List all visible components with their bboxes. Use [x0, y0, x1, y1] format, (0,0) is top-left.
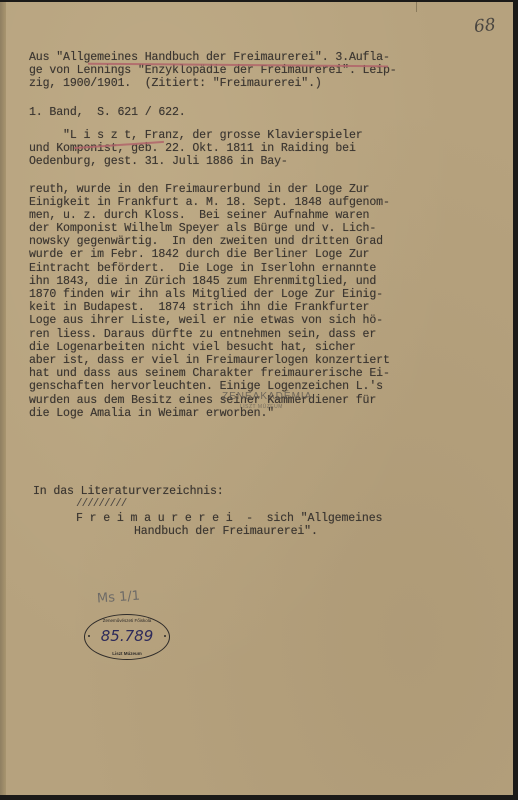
quote-line: aber ist, dass er viel in Freimaurerloge…	[29, 354, 390, 368]
quote-line: die Logenarbeiten nicht viel besucht hat…	[29, 341, 356, 355]
fold-mark	[416, 2, 417, 12]
quote-line: Oedenburg, gest. 31. Juli 1886 in Bay-	[29, 155, 288, 169]
bibliography-heading: In das Literaturverzeichnis:	[33, 485, 224, 499]
quote-line: reuth, wurde in den Freimaurerbund in de…	[29, 183, 369, 197]
oval-stamp-top-text: Zeneművészeti Főiskola	[85, 618, 169, 623]
quote-line: Loge aus ihrer Liste, weil er nie etwas …	[29, 314, 383, 328]
quote-line: die Loge Amalia in Weimar erworben."	[29, 407, 274, 421]
stamp-dot	[164, 635, 166, 637]
handwritten-shelfmark: Ms 1/1	[97, 589, 141, 607]
quote-line: nowsky gegenwärtig. In den zweiten und d…	[29, 235, 383, 249]
quote-line: men, u. z. durch Kloss. Bei seiner Aufna…	[29, 209, 369, 223]
crossed-out-text: /////////	[76, 498, 126, 510]
zeneakademia-overprint-stamp: ZENEAKADÉMIA	[222, 391, 312, 402]
quote-line: wurden aus dem Besitz eines seiner Kamme…	[29, 394, 376, 408]
handwritten-page-number: 68	[473, 15, 497, 37]
library-oval-stamp: Zeneművészeti Főiskola 85.789 Liszt Múze…	[84, 614, 170, 660]
quote-line: keit in Budapest. 1874 strich ihn die Fr…	[29, 301, 369, 315]
bibliography-entry-line-1: F r e i m a u r e r e i - sich "Allgemei…	[76, 512, 382, 526]
quote-line: ren liess. Daraus dürfte zu entnehmen se…	[29, 328, 376, 342]
bibliography-entry-line-2: Handbuch der Freimaurerei".	[134, 525, 318, 539]
quote-line: "L i s z t, Franz, der grosse Klavierspi…	[29, 129, 363, 143]
liszt-muzeum-overprint: LISZT MÚZEUM	[240, 404, 283, 410]
quote-line: der Komponist Wilhelm Speyer als Bürge u…	[29, 222, 376, 236]
quote-line: und Komponist, geb. 22. Okt. 1811 in Rai…	[29, 142, 356, 156]
quote-line: 1870 finden wir ihn als Mitglied der Log…	[29, 288, 383, 302]
quote-line: Einigkeit in Frankfurt a. M. 18. Sept. 1…	[29, 196, 390, 210]
document-page: 68 Aus "Allgemeines Handbuch der Freimau…	[0, 2, 513, 795]
oval-stamp-bottom-text: Liszt Múzeum	[85, 651, 169, 656]
quote-line: genschaften hervorleuchten. Einige Logen…	[29, 380, 383, 394]
quote-line: ihn 1843, die in Zürich 1845 zum Ehrenmi…	[29, 275, 376, 289]
volume-reference: 1. Band, S. 621 / 622.	[29, 106, 186, 120]
quote-line: wurde er im Febr. 1842 durch die Berline…	[29, 248, 369, 262]
page-left-edge	[0, 2, 6, 795]
source-citation-line-3: zig, 1900/1901. (Zitiert: "Freimaurerei"…	[29, 77, 322, 91]
inventory-number: 85.789	[85, 627, 169, 645]
quote-line: Eintracht befördert. Die Loge in Iserloh…	[29, 262, 376, 276]
quote-line: hat und dass aus seinem Charakter freima…	[29, 367, 390, 381]
